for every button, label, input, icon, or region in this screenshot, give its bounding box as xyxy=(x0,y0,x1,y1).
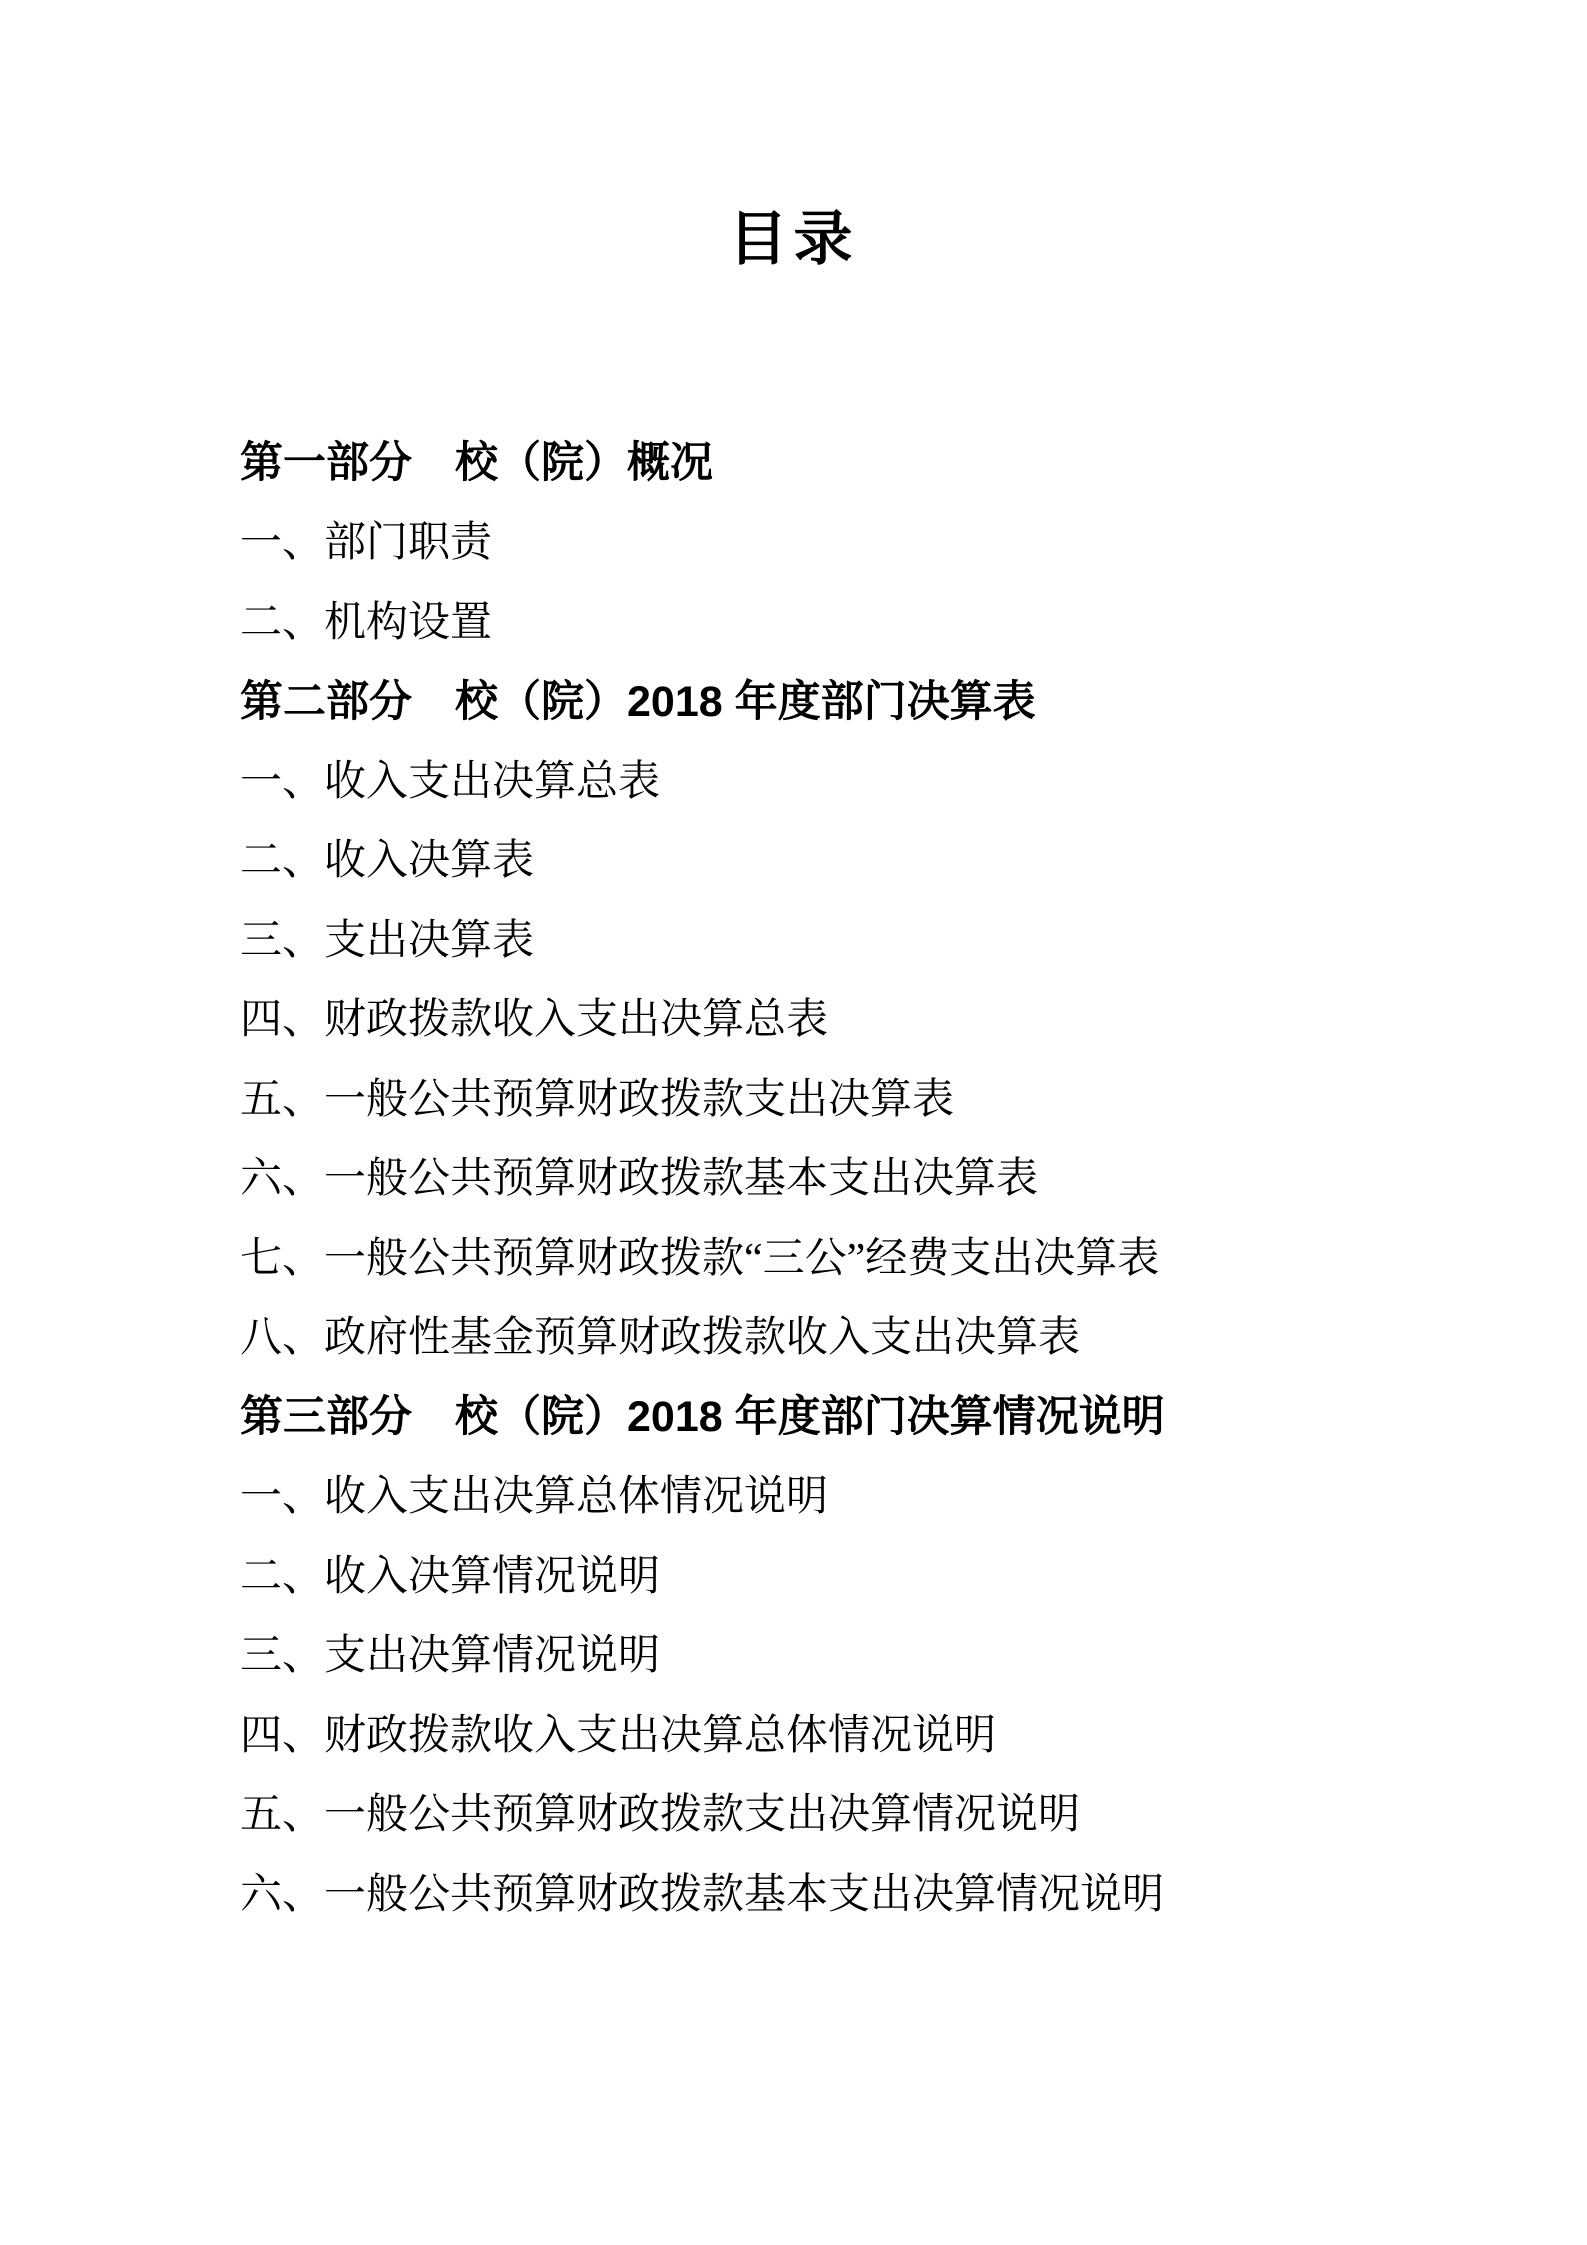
toc-entry: 一、收入支出决算总表 xyxy=(240,738,1500,818)
toc-entry: 五、一般公共预算财政拨款支出决算情况说明 xyxy=(240,1772,1500,1852)
toc-entry: 五、一般公共预算财政拨款支出决算表 xyxy=(240,1056,1500,1136)
toc-entry: 六、一般公共预算财政拨款基本支出决算情况说明 xyxy=(240,1851,1500,1931)
toc-part-heading: 第一部分 校（院）概况 xyxy=(240,420,1500,500)
toc-part-heading: 第三部分 校（院）2018 年度部门决算情况说明 xyxy=(240,1374,1500,1454)
toc-entry: 二、收入决算情况说明 xyxy=(240,1533,1500,1613)
toc-entry: 一、收入支出决算总体情况说明 xyxy=(240,1454,1500,1534)
toc-entry: 二、机构设置 xyxy=(240,579,1500,659)
toc-entry: 三、支出决算情况说明 xyxy=(240,1613,1500,1693)
document-title: 目录 xyxy=(0,204,1587,275)
toc-entry: 三、支出决算表 xyxy=(240,897,1500,977)
toc-entry: 四、财政拨款收入支出决算总表 xyxy=(240,977,1500,1057)
toc-entry: 六、一般公共预算财政拨款基本支出决算表 xyxy=(240,1136,1500,1216)
toc-entry: 八、政府性基金预算财政拨款收入支出决算表 xyxy=(240,1295,1500,1375)
toc-part-heading: 第二部分 校（院）2018 年度部门决算表 xyxy=(240,659,1500,739)
toc-entry: 二、收入决算表 xyxy=(240,818,1500,898)
table-of-contents: 第一部分 校（院）概况 一、部门职责 二、机构设置 第二部分 校（院）2018 … xyxy=(240,420,1500,1931)
toc-entry: 七、一般公共预算财政拨款“三公”经费支出决算表 xyxy=(240,1215,1500,1295)
document-page: 目录 第一部分 校（院）概况 一、部门职责 二、机构设置 第二部分 校（院）20… xyxy=(0,0,1587,2245)
toc-entry: 四、财政拨款收入支出决算总体情况说明 xyxy=(240,1692,1500,1772)
toc-entry: 一、部门职责 xyxy=(240,500,1500,580)
